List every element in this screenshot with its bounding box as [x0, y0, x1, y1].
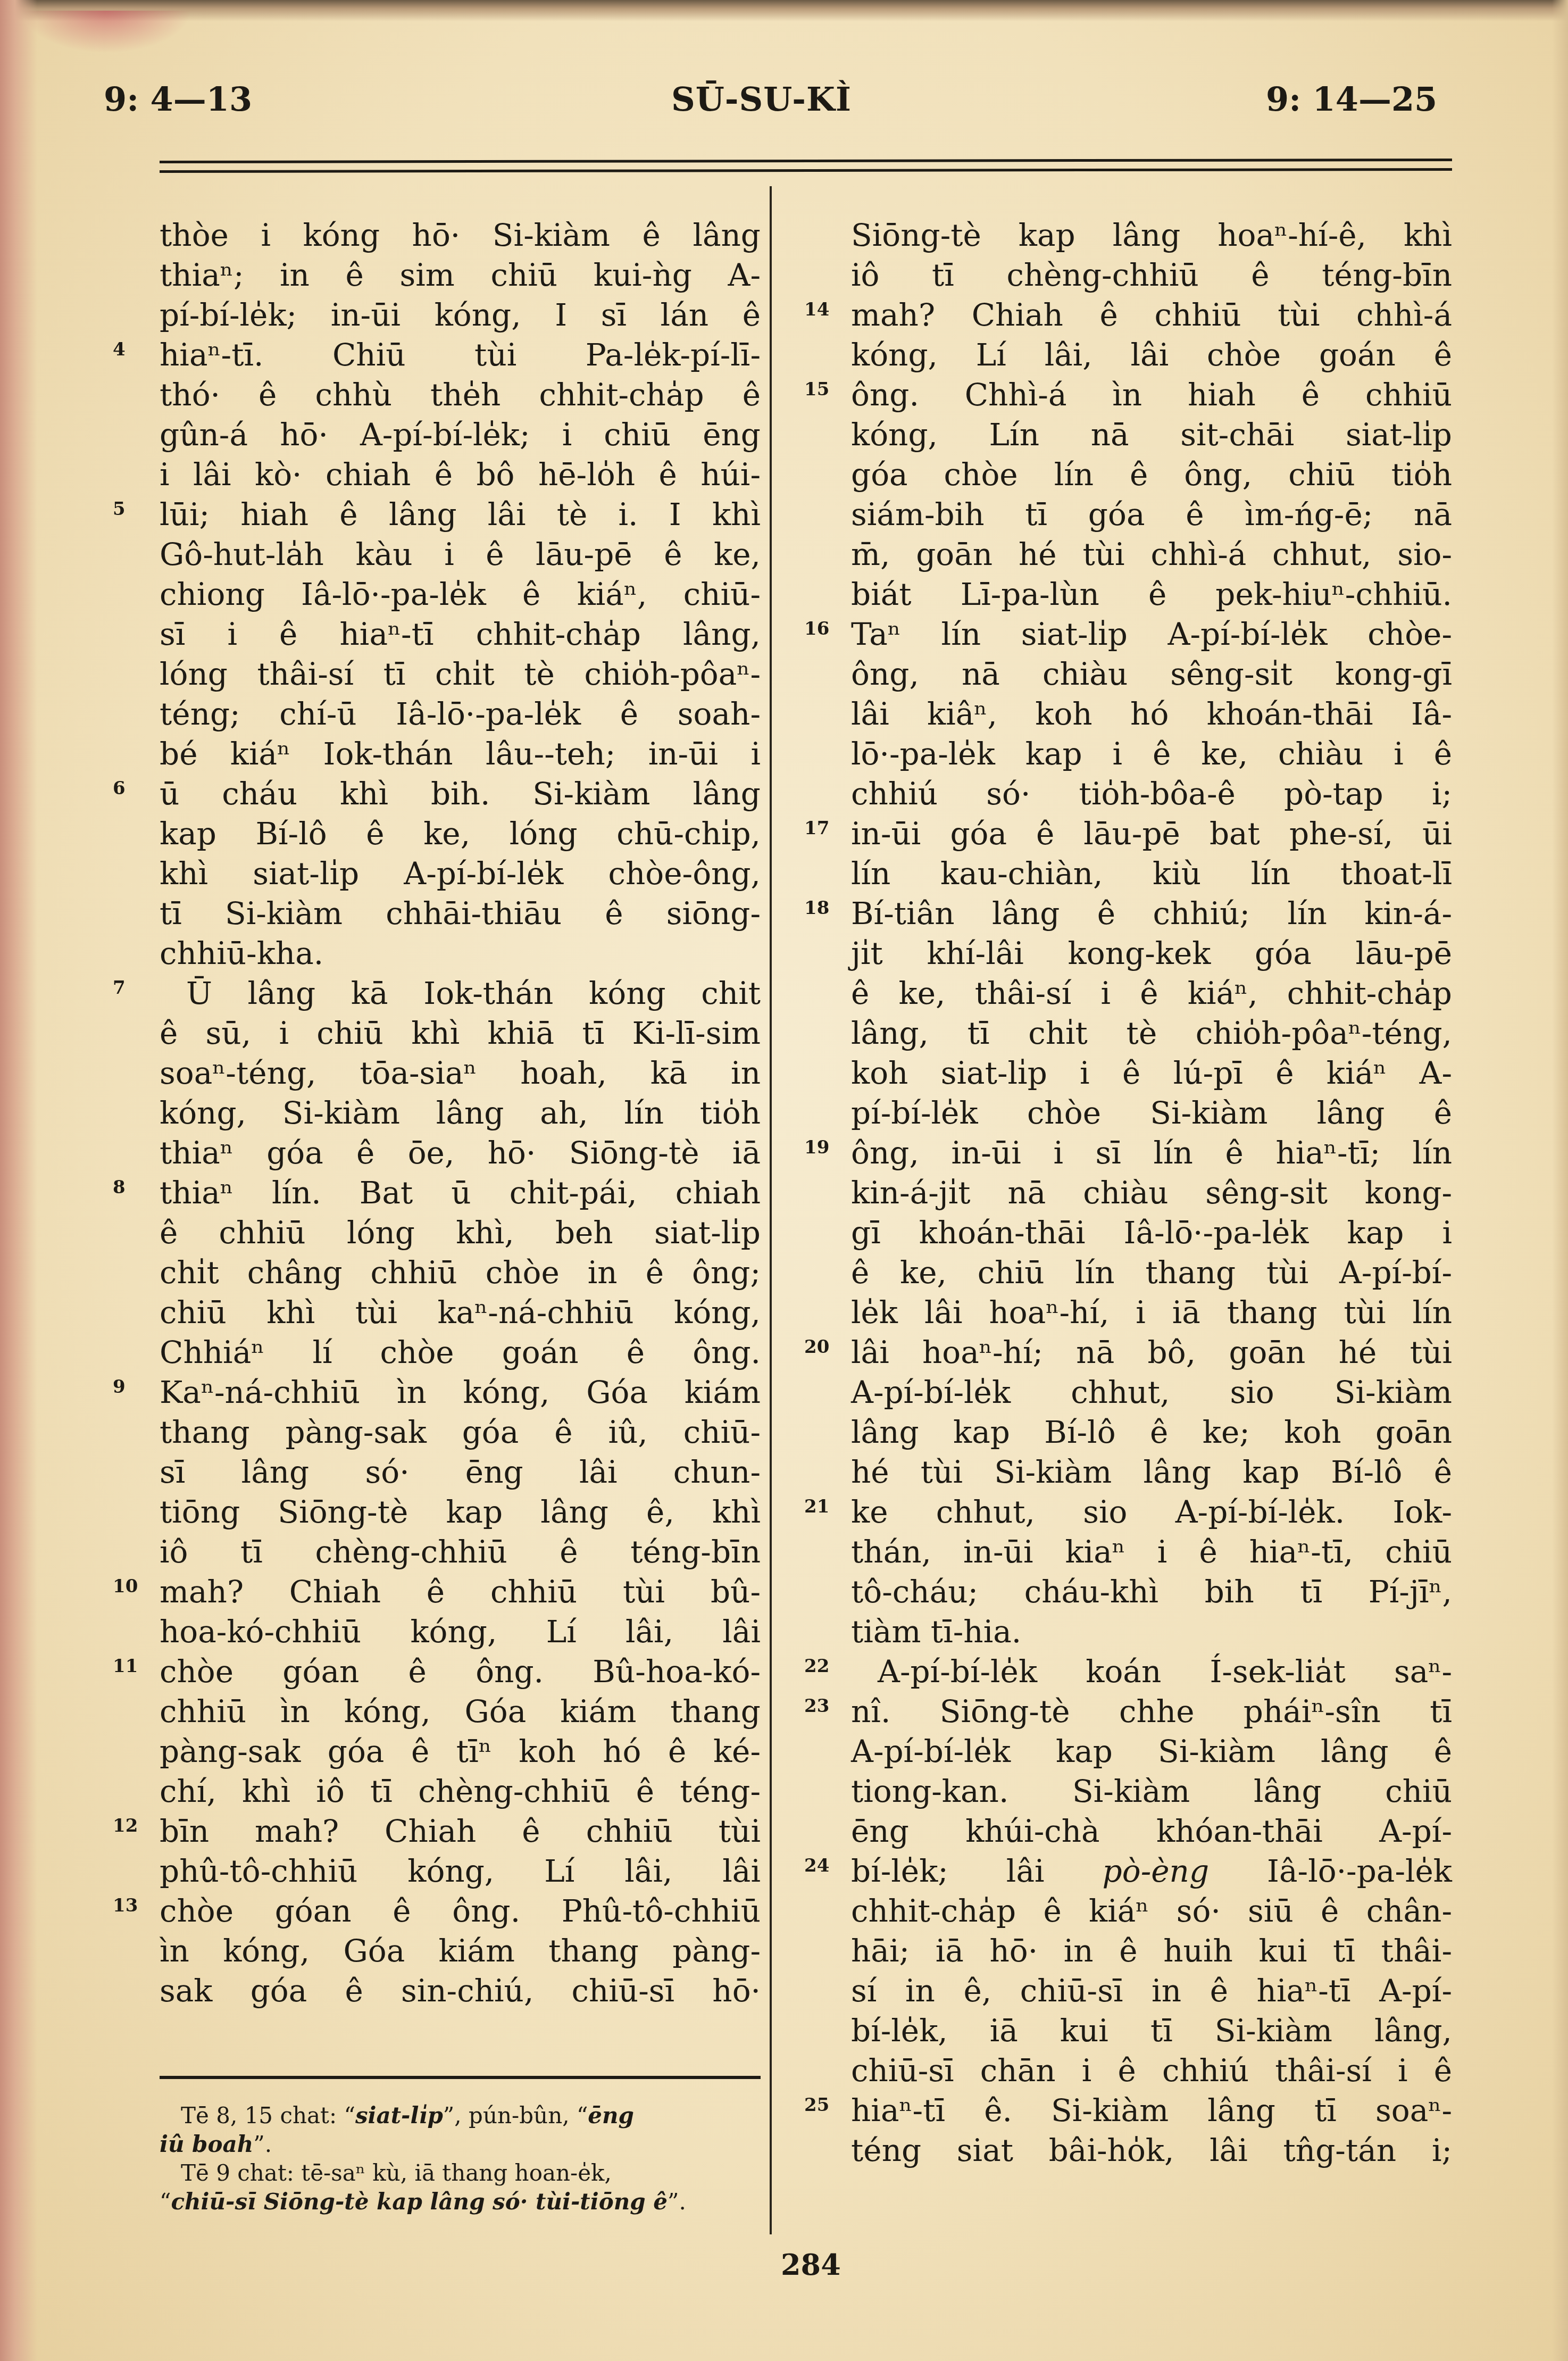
text-line: 12bīn mah? Chiah ê chhiū tùi [160, 1811, 761, 1851]
text-line: chhiú só· tio̍h-bôa-ê pò-tap i; [851, 774, 1452, 814]
text-line: ê ke, thâi-sí i ê kiáⁿ, chhit-cha̍p [851, 974, 1452, 1013]
text-line: iô tī chèng-chhiū ê téng-bīn [160, 1532, 761, 1572]
line-text: lō·-pa-le̍k kap i ê ke, chiàu i ê [851, 736, 1452, 772]
verse-number: 7 [113, 968, 150, 1008]
column-divider [770, 186, 772, 2234]
line-text: siám-bih tī góa ê ìm-ńg-ē; nā [851, 496, 1452, 533]
running-head-book-title: SŪ-SU-KÌ [671, 80, 852, 119]
text-line: 19ông, in-ūi i sī lín ê hiaⁿ-tī; lín [851, 1133, 1452, 1173]
line-text: lâi kiâⁿ, koh hó khoán-thāi Iâ- [851, 696, 1452, 732]
text-line: pàng-sak góa ê tīⁿ koh hó ê ké- [160, 1732, 761, 1772]
line-text: thán, in-ūi kiaⁿ i ê hiaⁿ-tī, chiū [851, 1534, 1452, 1570]
line-text: A-pí-bí-le̍k koán Í-sek-lia̍t saⁿ- [878, 1653, 1452, 1690]
verse-number: 5 [113, 489, 150, 529]
running-head: 9: 4—13 SŪ-SU-KÌ 9: 14—25 [0, 80, 1568, 128]
text-line: 13chòe góan ê ông. Phû-tô-chhiū [160, 1891, 761, 1931]
text-line: 9Kaⁿ-ná-chhiū ìn kóng, Góa kiám [160, 1373, 761, 1412]
running-head-left-range: 9: 4—13 [104, 80, 252, 119]
line-text: thòe i kóng hō· Si-kiàm ê lâng [160, 217, 761, 253]
line-text: chhiū ìn kóng, Góa kiám thang [160, 1693, 761, 1730]
line-text: lóng thâi-sí tī chi̍t tè chio̍h-pôaⁿ- [160, 656, 761, 692]
line-text: tiong-kan. Si-kiàm lâng chiū [851, 1773, 1452, 1809]
line-text: Kaⁿ-ná-chhiū ìn kóng, Góa kiám [160, 1374, 761, 1410]
text-line: 25hiaⁿ-tī ê. Si-kiàm lâng tī soaⁿ- [851, 2091, 1452, 2131]
line-text: hiaⁿ-tī. Chiū tùi Pa-le̍k-pí-lī- [160, 337, 761, 373]
footnote-italic-text: chiū-sī Siōng-tè kap lâng só· tùi-tiōng … [171, 2189, 667, 2215]
verse-number: 13 [113, 1886, 150, 1926]
footnote-italic-text: ēng [588, 2102, 634, 2129]
text-line: lóng thâi-sí tī chi̍t tè chio̍h-pôaⁿ- [160, 654, 761, 694]
verse-number: 20 [804, 1327, 841, 1367]
line-text: chhit-cha̍p ê kiáⁿ só· siū ê chân- [851, 1893, 1452, 1929]
line-text: Siōng-tè kap lâng hoaⁿ-hí-ê, khì [851, 217, 1452, 253]
line-text: lūi; hiah ê lâng lâi tè i. I khì [160, 496, 761, 533]
text-line: bé kiáⁿ Iok-thán lâu--teh; in-ūi i [160, 734, 761, 774]
text-line: ēng khúi-chà khóan-thāi A-pí- [851, 1811, 1452, 1851]
line-text: hāi; iā hō· in ê huih kui tī thâi- [851, 1933, 1452, 1969]
page-left-edge-stain [0, 0, 37, 2361]
line-text: ji̍t khí-lâi kong-kek góa lāu-pē [851, 935, 1452, 971]
text-line: siám-bih tī góa ê ìm-ńg-ē; nā [851, 495, 1452, 535]
verse-number: 25 [804, 2085, 841, 2125]
verse-number: 15 [804, 370, 841, 410]
text-line: 8thiaⁿ lín. Bat ū chi̍t-pái, chiah [160, 1173, 761, 1213]
verse-number: 8 [113, 1168, 150, 1208]
text-line: lín kau-chiàn, kiù lín thoat-lī [851, 854, 1452, 894]
line-text: tiàm tī-hia. [851, 1614, 1021, 1650]
line-text: lâng kap Bí-lô ê ke; koh goān [851, 1414, 1452, 1450]
verse-number: 23 [804, 1686, 841, 1726]
text-line: thang pàng-sak góa ê iû, chiū- [160, 1412, 761, 1452]
line-text: bí-le̍k, iā kui tī Si-kiàm lâng, [851, 2013, 1452, 2049]
line-text: ê chhiū lóng khì, beh siat-li̍p [160, 1215, 761, 1251]
text-line: góa chòe lín ê ông, chiū tio̍h [851, 455, 1452, 495]
line-text: bīn mah? Chiah ê chhiū tùi [160, 1813, 761, 1849]
text-line: 18Bí-tiân lâng ê chhiú; lín kin-á- [851, 894, 1452, 934]
footnote-line: iû boah”. [160, 2130, 761, 2159]
text-line: Siōng-tè kap lâng hoaⁿ-hí-ê, khì [851, 215, 1452, 255]
line-text: téng; chí-ū Iâ-lō·-pa-le̍k ê soah- [160, 696, 761, 732]
text-line: thiaⁿ góa ê ōe, hō· Siōng-tè iā [160, 1133, 761, 1173]
verse-number: 16 [804, 609, 841, 649]
text-line: m̄, goān hé tùi chhì-á chhut, sio- [851, 535, 1452, 575]
line-text: gûn-á hō· A-pí-bí-le̍k; i chiū ēng [160, 417, 761, 453]
footnotes: Tē 8, 15 chat: “siat-li̍p”, pún-bûn, “ēn… [160, 2101, 761, 2216]
page-right-edge [1552, 0, 1568, 2361]
text-line: chhiū ìn kóng, Góa kiám thang [160, 1692, 761, 1732]
line-text: Ū lâng kā Iok-thán kóng chit [186, 975, 761, 1011]
text-line: gī khoán-thāi Iâ-lō·-pa-le̍k kap i [851, 1213, 1452, 1253]
line-text: ê ke, chiū lín thang tùi A-pí-bí- [851, 1254, 1452, 1291]
text-line: pí-bí-le̍k chòe Si-kiàm lâng ê [851, 1093, 1452, 1133]
footnote-text: ”. [253, 2131, 272, 2157]
footnote-text: ”, pún-bûn, “ [443, 2102, 588, 2129]
text-line: ji̍t khí-lâi kong-kek góa lāu-pē [851, 934, 1452, 974]
line-text: téng siat bâi-ho̍k, lâi tn̂g-tán i; [851, 2132, 1452, 2168]
text-line: chhiū-kha. [160, 934, 761, 974]
text-line: koh siat-li̍p i ê lú-pī ê kiáⁿ A- [851, 1053, 1452, 1093]
text-line: ê chhiū lóng khì, beh siat-li̍p [160, 1213, 761, 1253]
line-text: A-pí-bí-le̍k kap Si-kiàm lâng ê [851, 1733, 1452, 1769]
line-text: chi̍t châng chhiū chòe in ê ông; [160, 1254, 761, 1291]
footnote-text: Tē 8, 15 chat: “ [181, 2102, 355, 2129]
line-text: iô tī chèng-chhiū ê téng-bīn [160, 1534, 761, 1570]
line-text: thó· ê chhù the̍h chhit-cha̍p ê [160, 377, 761, 413]
line-text: Gô-hut-la̍h kàu i ê lāu-pē ê ke, [160, 536, 761, 572]
text-line: 7Ū lâng kā Iok-thán kóng chit [160, 974, 761, 1013]
text-line: le̍k lâi hoaⁿ-hí, i iā thang tùi lín [851, 1293, 1452, 1333]
line-text: tiōng Siōng-tè kap lâng ê, khì [160, 1494, 761, 1530]
verse-number: 11 [113, 1647, 150, 1686]
text-line: 10mah? Chiah ê chhiū tùi bû- [160, 1572, 761, 1612]
text-line: 16Taⁿ lín siat-li̍p A-pí-bí-le̍k chòe- [851, 614, 1452, 654]
verse-number: 14 [804, 290, 841, 330]
line-text: biát Lī-pa-lùn ê pek-hiuⁿ-chhiū. [851, 576, 1452, 612]
footnote-text: ”. [668, 2189, 686, 2215]
text-line: kóng, Si-kiàm lâng ah, lín tio̍h [160, 1093, 761, 1133]
footnote-rule [160, 2076, 761, 2079]
text-line: kóng, Lí lâi, lâi chòe goán ê [851, 335, 1452, 375]
text-line: sī i ê hiaⁿ-tī chhit-cha̍p lâng, [160, 614, 761, 654]
text-line: lō·-pa-le̍k kap i ê ke, chiàu i ê [851, 734, 1452, 774]
line-text: gī khoán-thāi Iâ-lō·-pa-le̍k kap i [851, 1215, 1452, 1251]
line-text: kóng, Lín nā sit-chāi siat-li̍p [851, 417, 1452, 453]
text-line: lâng, tī chi̍t tè chio̍h-pôaⁿ-téng, [851, 1013, 1452, 1053]
text-line: ìn kóng, Góa kiám thang pàng- [160, 1931, 761, 1971]
text-line: chi̍t châng chhiū chòe in ê ông; [160, 1253, 761, 1293]
text-line: chí, khì iô tī chèng-chhiū ê téng- [160, 1772, 761, 1811]
text-line: 21ke chhut, sio A-pí-bí-le̍k. Iok- [851, 1492, 1452, 1532]
line-text: ê sū, i chiū khì khiā tī Ki-lī-sim [160, 1015, 761, 1051]
left-column: thòe i kóng hō· Si-kiàm ê lângthiaⁿ; in … [160, 215, 761, 2011]
scanned-page: 9: 4—13 SŪ-SU-KÌ 9: 14—25 thòe i kóng hō… [0, 0, 1568, 2361]
line-text: kóng, Lí lâi, lâi chòe goán ê [851, 337, 1452, 373]
text-line: lâi kiâⁿ, koh hó khoán-thāi Iâ- [851, 694, 1452, 734]
verse-number: 19 [804, 1128, 841, 1168]
line-text: ông, in-ūi i sī lín ê hiaⁿ-tī; lín [851, 1135, 1452, 1171]
text-line: chiū khì tùi kaⁿ-ná-chhiū kóng, [160, 1293, 761, 1333]
text-line: tô-cháu; cháu-khì bih tī Pí-jīⁿ, [851, 1572, 1452, 1612]
footnote-line: Tē 8, 15 chat: “siat-li̍p”, pún-bûn, “ēn… [160, 2101, 761, 2130]
verse-number: 22 [804, 1647, 841, 1686]
text-line: téng siat bâi-ho̍k, lâi tn̂g-tán i; [851, 2131, 1452, 2171]
line-text: Chhiáⁿ lí chòe goán ê ông. [160, 1334, 761, 1370]
line-text: soaⁿ-téng, tōa-siaⁿ hoah, kā in [160, 1055, 761, 1091]
line-text: sī i ê hiaⁿ-tī chhit-cha̍p lâng, [160, 616, 761, 652]
line-text: thiaⁿ; in ê sim chiū kui-ǹg A- [160, 257, 761, 293]
footnote-italic-text: siat-li̍p [355, 2102, 443, 2129]
text-line: 4hiaⁿ-tī. Chiū tùi Pa-le̍k-pí-lī- [160, 335, 761, 375]
text-line: 11chòe góan ê ông. Bû-hoa-kó- [160, 1652, 761, 1692]
text-line: phû-tô-chhiū kóng, Lí lâi, lâi [160, 1851, 761, 1891]
text-line: ê ke, chiū lín thang tùi A-pí-bí- [851, 1253, 1452, 1293]
text-line: chiong Iâ-lō·-pa-le̍k ê kiáⁿ, chiū- [160, 575, 761, 614]
line-text: ke chhut, sio A-pí-bí-le̍k. Iok- [851, 1494, 1452, 1530]
text-line: ông, nā chiàu sêng-si̍t kong-gī [851, 654, 1452, 694]
text-line: Chhiáⁿ lí chòe goán ê ông. [160, 1333, 761, 1373]
text-line: 15ông. Chhì-á ìn hiah ê chhiū [851, 375, 1452, 415]
text-line: biát Lī-pa-lùn ê pek-hiuⁿ-chhiū. [851, 575, 1452, 614]
line-text: mah? Chiah ê chhiū tùi bû- [160, 1574, 761, 1610]
line-text: Bí-tiân lâng ê chhiú; lín kin-á- [851, 895, 1452, 932]
text-line: 17in-ūi góa ê lāu-pē bat phe-sí, ūi [851, 814, 1452, 854]
header-rule-bottom [160, 168, 1452, 173]
footnote-line: “chiū-sī Siōng-tè kap lâng só· tùi-tiōng… [160, 2188, 761, 2216]
text-line: tiàm tī-hia. [851, 1612, 1452, 1652]
line-text: Taⁿ lín siat-li̍p A-pí-bí-le̍k chòe- [851, 616, 1452, 652]
red-dye-stain [21, 11, 191, 53]
text-line: Gô-hut-la̍h kàu i ê lāu-pē ê ke, [160, 535, 761, 575]
verse-number: 6 [113, 769, 150, 809]
line-text: góa chòe lín ê ông, chiū tio̍h [851, 456, 1452, 493]
text-line: 5lūi; hiah ê lâng lâi tè i. I khì [160, 495, 761, 535]
line-text: sak góa ê sin-chiú, chiū-sī hō· [160, 1973, 761, 2009]
line-text: khì siat-li̍p A-pí-bí-le̍k chòe-ông, [160, 855, 761, 892]
line-text: chiū-sī chān i ê chhiú thâi-sí i ê [851, 2052, 1452, 2089]
footnote-text: “ [160, 2189, 171, 2215]
text-line: pí-bí-le̍k; in-ūi kóng, I sī lán ê [160, 295, 761, 335]
line-text: hoa-kó-chhiū kóng, Lí lâi, lâi [160, 1614, 761, 1650]
line-text: thiaⁿ lín. Bat ū chi̍t-pái, chiah [160, 1175, 761, 1211]
text-line: tiong-kan. Si-kiàm lâng chiū [851, 1772, 1452, 1811]
text-line: thòe i kóng hō· Si-kiàm ê lâng [160, 215, 761, 255]
text-line: téng; chí-ū Iâ-lō·-pa-le̍k ê soah- [160, 694, 761, 734]
text-line: lâng kap Bí-lô ê ke; koh goān [851, 1412, 1452, 1452]
header-rule-top [160, 159, 1452, 163]
line-text: kin-á-ji̍t nā chiàu sêng-si̍t kong- [851, 1175, 1452, 1211]
line-text: in-ūi góa ê lāu-pē bat phe-sí, ūi [851, 816, 1452, 852]
verse-number: 17 [804, 809, 841, 849]
text-line: iô tī chèng-chhiū ê téng-bīn [851, 255, 1452, 295]
line-text: mah? Chiah ê chhiū tùi chhì-á [851, 297, 1452, 333]
text-line: sak góa ê sin-chiú, chiū-sī hō· [160, 1971, 761, 2011]
text-line: thán, in-ūi kiaⁿ i ê hiaⁿ-tī, chiū [851, 1532, 1452, 1572]
verse-number: 12 [113, 1806, 150, 1846]
verse-number: 21 [804, 1487, 841, 1527]
text-line: 14mah? Chiah ê chhiū tùi chhì-á [851, 295, 1452, 335]
verse-number: 9 [113, 1367, 150, 1407]
line-text: phû-tô-chhiū kóng, Lí lâi, lâi [160, 1853, 761, 1889]
line-text: tī Si-kiàm chhāi-thiāu ê siōng- [160, 895, 761, 932]
page-number: 284 [781, 2248, 841, 2282]
line-text: A-pí-bí-le̍k chhut, sio Si-kiàm [851, 1374, 1452, 1410]
line-text: ū cháu khì bih. Si-kiàm lâng [160, 776, 761, 812]
line-text: thiaⁿ góa ê ōe, hō· Siōng-tè iā [160, 1135, 761, 1171]
footnote-italic-text: iû boah [160, 2131, 253, 2157]
line-text: ēng khúi-chà khóan-thāi A-pí- [851, 1813, 1452, 1849]
text-line: hé tùi Si-kiàm lâng kap Bí-lô ê [851, 1452, 1452, 1492]
text-line: gûn-á hō· A-pí-bí-le̍k; i chiū ēng [160, 415, 761, 455]
line-text: sí in ê, chiū-sī in ê hiaⁿ-tī A-pí- [851, 1973, 1452, 2009]
text-line: thiaⁿ; in ê sim chiū kui-ǹg A- [160, 255, 761, 295]
line-text: kóng, Si-kiàm lâng ah, lín tio̍h [160, 1095, 761, 1131]
line-text: ông. Chhì-á ìn hiah ê chhiū [851, 377, 1452, 413]
verse-number: 4 [113, 330, 150, 370]
line-text: tô-cháu; cháu-khì bih tī Pí-jīⁿ, [851, 1574, 1452, 1610]
text-line: thó· ê chhù the̍h chhit-cha̍p ê [160, 375, 761, 415]
text-line: khì siat-li̍p A-pí-bí-le̍k chòe-ông, [160, 854, 761, 894]
line-text: koh siat-li̍p i ê lú-pī ê kiáⁿ A- [851, 1055, 1452, 1091]
text-line: sī lâng só· ēng lâi chun- [160, 1452, 761, 1492]
text-line: kap Bí-lô ê ke, lóng chū-chi̍p, [160, 814, 761, 854]
line-text: ìn kóng, Góa kiám thang pàng- [160, 1933, 761, 1969]
line-text: ê ke, thâi-sí i ê kiáⁿ, chhit-cha̍p [851, 975, 1452, 1011]
footnote-text: Tē 9 chat: tē-saⁿ kù, iā thang hoan-e̍k, [181, 2160, 612, 2186]
line-text: le̍k lâi hoaⁿ-hí, i iā thang tùi lín [851, 1294, 1452, 1331]
line-text: sī lâng só· ēng lâi chun- [160, 1454, 761, 1490]
text-line: 23nî. Siōng-tè chhe pháiⁿ-sîn tī [851, 1692, 1452, 1732]
text-line: ê sū, i chiū khì khiā tī Ki-lī-sim [160, 1013, 761, 1053]
line-text: chiong Iâ-lō·-pa-le̍k ê kiáⁿ, chiū- [160, 576, 761, 612]
text-line: A-pí-bí-le̍k kap Si-kiàm lâng ê [851, 1732, 1452, 1772]
text-line: 6ū cháu khì bih. Si-kiàm lâng [160, 774, 761, 814]
verse-number: 24 [804, 1846, 841, 1886]
line-text: chòe góan ê ông. Bû-hoa-kó- [160, 1653, 761, 1690]
line-text: chí, khì iô tī chèng-chhiū ê téng- [160, 1773, 761, 1809]
line-text: hé tùi Si-kiàm lâng kap Bí-lô ê [851, 1454, 1452, 1490]
text-line: 20lâi hoaⁿ-hí; nā bô, goān hé tùi [851, 1333, 1452, 1373]
line-text: bí-le̍k; lâi pò-èng Iâ-lō·-pa-le̍k [851, 1853, 1452, 1889]
verse-number: 18 [804, 888, 841, 928]
line-text: hiaⁿ-tī ê. Si-kiàm lâng tī soaⁿ- [851, 2092, 1452, 2129]
right-column: Siōng-tè kap lâng hoaⁿ-hí-ê, khìiô tī ch… [851, 215, 1452, 2171]
text-line: tī Si-kiàm chhāi-thiāu ê siōng- [160, 894, 761, 934]
page-top-edge [0, 0, 1568, 21]
line-text: ông, nā chiàu sêng-si̍t kong-gī [851, 656, 1452, 692]
text-line: 24bí-le̍k; lâi pò-èng Iâ-lō·-pa-le̍k [851, 1851, 1452, 1891]
line-text: i lâi kò· chiah ê bô hē-lo̍h ê húi- [160, 456, 761, 493]
text-line: soaⁿ-téng, tōa-siaⁿ hoah, kā in [160, 1053, 761, 1093]
text-line: kin-á-ji̍t nā chiàu sêng-si̍t kong- [851, 1173, 1452, 1213]
footnote-line: Tē 9 chat: tē-saⁿ kù, iā thang hoan-e̍k, [160, 2159, 761, 2188]
line-text: chhiú só· tio̍h-bôa-ê pò-tap i; [851, 776, 1452, 812]
text-line: kóng, Lín nā sit-chāi siat-li̍p [851, 415, 1452, 455]
text-line: i lâi kò· chiah ê bô hē-lo̍h ê húi- [160, 455, 761, 495]
line-text: pàng-sak góa ê tīⁿ koh hó ê ké- [160, 1733, 761, 1769]
text-line: tiōng Siōng-tè kap lâng ê, khì [160, 1492, 761, 1532]
line-text: m̄, goān hé tùi chhì-á chhut, sio- [851, 536, 1452, 572]
line-text: lâng, tī chi̍t tè chio̍h-pôaⁿ-téng, [851, 1015, 1452, 1051]
running-head-right-range: 9: 14—25 [1266, 80, 1437, 119]
text-line: 22A-pí-bí-le̍k koán Í-sek-lia̍t saⁿ- [851, 1652, 1452, 1692]
text-line: hoa-kó-chhiū kóng, Lí lâi, lâi [160, 1612, 761, 1652]
text-line: chhit-cha̍p ê kiáⁿ só· siū ê chân- [851, 1891, 1452, 1931]
verse-number: 10 [113, 1567, 150, 1607]
line-text: chiū khì tùi kaⁿ-ná-chhiū kóng, [160, 1294, 761, 1331]
line-text: thang pàng-sak góa ê iû, chiū- [160, 1414, 761, 1450]
line-text: pí-bí-le̍k chòe Si-kiàm lâng ê [851, 1095, 1452, 1131]
text-line: A-pí-bí-le̍k chhut, sio Si-kiàm [851, 1373, 1452, 1412]
line-text: lín kau-chiàn, kiù lín thoat-lī [851, 855, 1452, 892]
line-text: nî. Siōng-tè chhe pháiⁿ-sîn tī [851, 1693, 1452, 1730]
line-text: chhiū-kha. [160, 935, 323, 971]
line-text: bé kiáⁿ Iok-thán lâu--teh; in-ūi i [160, 736, 761, 772]
line-text: kap Bí-lô ê ke, lóng chū-chi̍p, [160, 816, 761, 852]
line-text: chòe góan ê ông. Phû-tô-chhiū [160, 1893, 761, 1929]
line-text: iô tī chèng-chhiū ê téng-bīn [851, 257, 1452, 293]
text-line: sí in ê, chiū-sī in ê hiaⁿ-tī A-pí- [851, 1971, 1452, 2011]
line-text: pí-bí-le̍k; in-ūi kóng, I sī lán ê [160, 297, 761, 333]
text-line: chiū-sī chān i ê chhiú thâi-sí i ê [851, 2051, 1452, 2091]
line-text: lâi hoaⁿ-hí; nā bô, goān hé tùi [851, 1334, 1452, 1370]
text-line: hāi; iā hō· in ê huih kui tī thâi- [851, 1931, 1452, 1971]
text-line: bí-le̍k, iā kui tī Si-kiàm lâng, [851, 2011, 1452, 2051]
